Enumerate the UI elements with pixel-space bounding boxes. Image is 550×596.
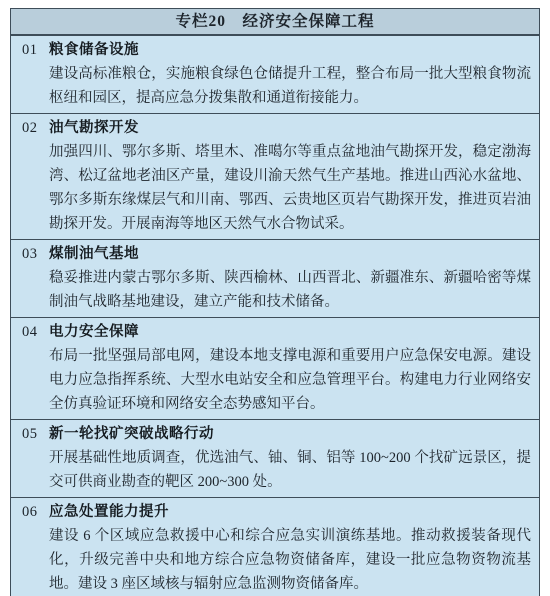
section-title: 油气勘探开发 xyxy=(49,116,531,140)
section-number: 01 xyxy=(22,38,49,62)
section-body: 开展基础性地质调查，优选油气、铀、铜、铝等 100~200 个找矿远景区，提交可… xyxy=(49,446,531,494)
section-content: 新一轮找矿突破战略行动 开展基础性地质调查，优选油气、铀、铜、铝等 100~20… xyxy=(49,422,531,494)
section-number: 02 xyxy=(22,116,49,140)
section-content: 应急处置能力提升 建设 6 个区域应急救援中心和综合应急实训演练基地。推动救援装… xyxy=(49,500,531,596)
section-title: 应急处置能力提升 xyxy=(49,500,531,524)
box-title: 专栏20 经济安全保障工程 xyxy=(11,9,539,35)
section-content: 电力安全保障 布局一批坚强局部电网，建设本地支撑电源和重要用户应急保安电源。建设… xyxy=(49,320,531,416)
section-mineral-exploration-action: 05 新一轮找矿突破战略行动 开展基础性地质调查，优选油气、铀、铜、铝等 100… xyxy=(11,419,539,497)
section-body: 加强四川、鄂尔多斯、塔里木、准噶尔等重点盆地油气勘探开发，稳定渤海湾、松辽盆地老… xyxy=(49,140,531,236)
section-body: 布局一批坚强局部电网，建设本地支撑电源和重要用户应急保安电源。建设电力应急指挥系… xyxy=(49,344,531,416)
section-body: 稳妥推进内蒙古鄂尔多斯、陕西榆林、山西晋北、新疆准东、新疆哈密等煤制油气战略基地… xyxy=(49,266,531,314)
section-grain-storage: 01 粮食储备设施 建设高标准粮仓，实施粮食绿色仓储提升工程，整合布局一批大型粮… xyxy=(11,35,539,113)
section-number: 04 xyxy=(22,320,49,344)
document-page: 专栏20 经济安全保障工程 01 粮食储备设施 建设高标准粮仓，实施粮食绿色仓储… xyxy=(0,0,550,596)
section-content: 煤制油气基地 稳妥推进内蒙古鄂尔多斯、陕西榆林、山西晋北、新疆准东、新疆哈密等煤… xyxy=(49,242,531,314)
section-content: 粮食储备设施 建设高标准粮仓，实施粮食绿色仓储提升工程，整合布局一批大型粮食物流… xyxy=(49,38,531,110)
section-title: 新一轮找矿突破战略行动 xyxy=(49,422,531,446)
section-body: 建设 6 个区域应急救援中心和综合应急实训演练基地。推动救援装备现代化，升级完善… xyxy=(49,524,531,596)
section-title: 电力安全保障 xyxy=(49,320,531,344)
section-content: 油气勘探开发 加强四川、鄂尔多斯、塔里木、准噶尔等重点盆地油气勘探开发，稳定渤海… xyxy=(49,116,531,236)
section-number: 06 xyxy=(22,500,49,524)
section-emergency-response-capability: 06 应急处置能力提升 建设 6 个区域应急救援中心和综合应急实训演练基地。推动… xyxy=(11,497,539,596)
section-title: 粮食储备设施 xyxy=(49,38,531,62)
section-body: 建设高标准粮仓，实施粮食绿色仓储提升工程，整合布局一批大型粮食物流枢纽和园区，提… xyxy=(49,62,531,110)
section-title: 煤制油气基地 xyxy=(49,242,531,266)
section-oil-gas-exploration: 02 油气勘探开发 加强四川、鄂尔多斯、塔里木、准噶尔等重点盆地油气勘探开发，稳… xyxy=(11,113,539,239)
section-number: 03 xyxy=(22,242,49,266)
section-coal-to-oil-gas-base: 03 煤制油气基地 稳妥推进内蒙古鄂尔多斯、陕西榆林、山西晋北、新疆准东、新疆哈… xyxy=(11,239,539,317)
section-power-security: 04 电力安全保障 布局一批坚强局部电网，建设本地支撑电源和重要用户应急保安电源… xyxy=(11,317,539,419)
section-number: 05 xyxy=(22,422,49,446)
column-20-box: 专栏20 经济安全保障工程 01 粮食储备设施 建设高标准粮仓，实施粮食绿色仓储… xyxy=(10,8,540,596)
